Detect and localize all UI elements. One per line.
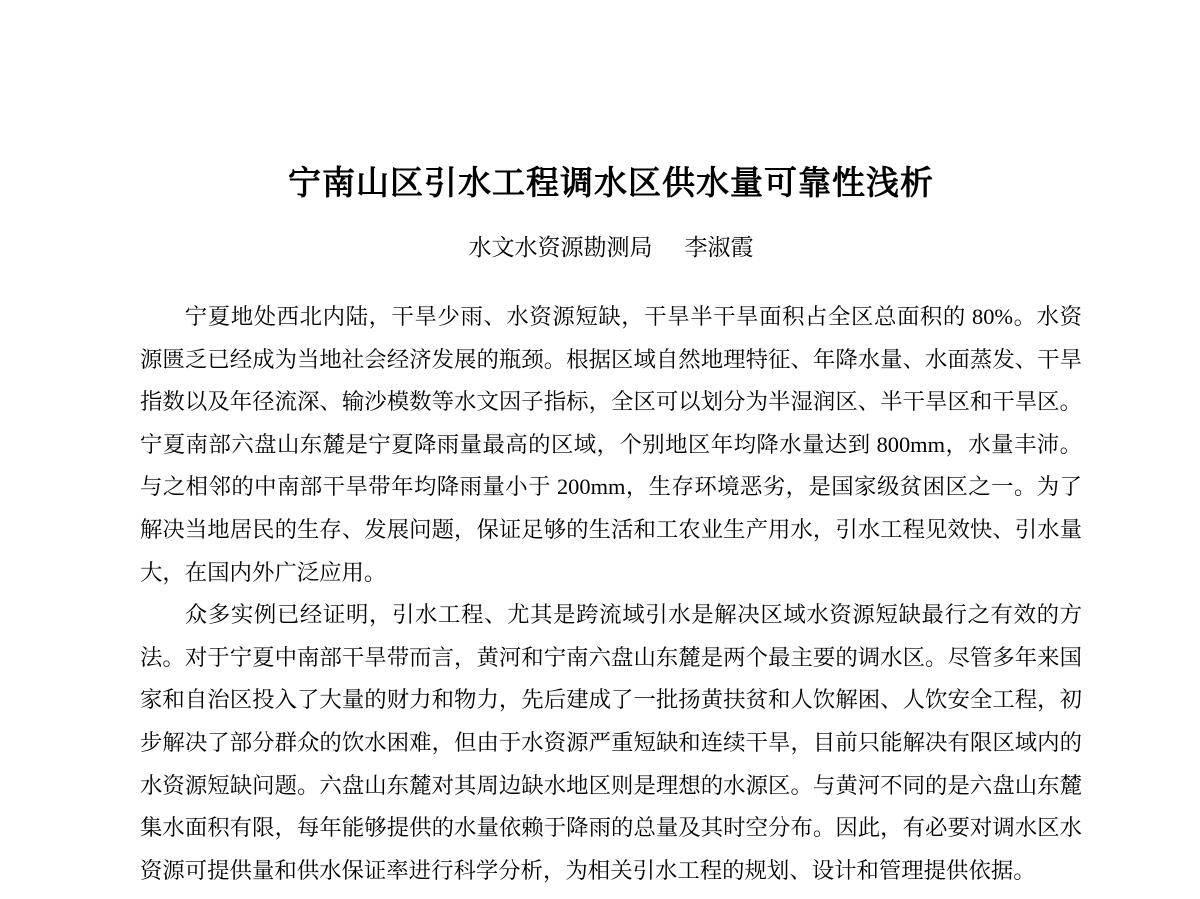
byline: 水文水资源勘测局李淑霞 bbox=[140, 232, 1082, 264]
byline-author: 李淑霞 bbox=[685, 235, 754, 260]
page-title: 宁南山区引水工程调水区供水量可靠性浅析 bbox=[140, 160, 1082, 206]
paragraph-2: 众多实例已经证明，引水工程、尤其是跨流域引水是解决区域水资源短缺最行之有效的方法… bbox=[140, 594, 1082, 892]
page-content: 宁南山区引水工程调水区供水量可靠性浅析 水文水资源勘测局李淑霞 宁夏地处西北内陆… bbox=[140, 160, 1082, 892]
document-page: 宁南山区引水工程调水区供水量可靠性浅析 水文水资源勘测局李淑霞 宁夏地处西北内陆… bbox=[0, 0, 1200, 899]
paragraph-1: 宁夏地处西北内陆，干旱少雨、水资源短缺，干旱半干旱面积占全区总面积的 80%。水… bbox=[140, 296, 1082, 594]
byline-affiliation: 水文水资源勘测局 bbox=[469, 235, 653, 260]
